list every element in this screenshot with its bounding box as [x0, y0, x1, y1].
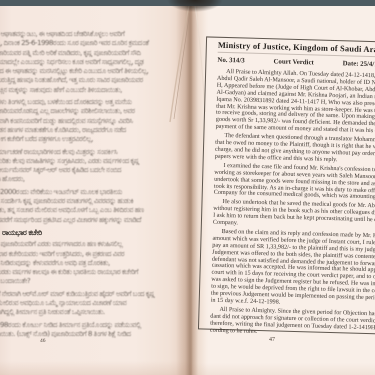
text-line: ತ್ತು ಗಂಡನ ಹಣಗಳ ಮಾತುಕತೆಗೂ ಕೊಡಿಸಿದರು, ರಾಜ್…: [0, 125, 182, 134]
text-line: ಅದರ ಎರಡು ವರ್ಷಗಳ ಕಾಲವೂ ಈ ಕುರಿತು ಭಾರತೀಯ ರಾ…: [0, 267, 182, 276]
text-line: ದ ದಿನಗಳು ತಿಂಗಳಲ್ಲಿ ಬಂದವು, ಬಳಕೆಯಿಂದ ದೊರಕಿ…: [0, 97, 182, 106]
text-line: ಳ್ಳ ಪೂಜಾರಿಯವರ ಪತ್ನಿ ಮೇರಿ ಅರಿಕೆ ಮಾಡಿದರು, …: [0, 48, 182, 57]
text-paragraph: All Praise to Almighty Allah. On Tuesday…: [215, 69, 375, 136]
text-paragraph: ಮುಂದೆ ನೇರವಾಗಿ ಆರ್‌ಮೋರ್ ಮಾರ್ ಕುಡಿಯುತ್ತಿರು…: [0, 289, 182, 317]
text-line: ಆರ್ಥಿಕವಾಗಿ ಕಂಪನಿಯವರಿಗೆ ದುಡ್ಡು ಹಣದಲ್ಲಿರುವ…: [0, 116, 182, 125]
text-line: ಮಾಡಿದವರೆಗೆ ಸಮರ್ಥರಿಂದ ಪ್ರಕಟಿಸಿದ ಎಲ್ಲರ ವಿಚ…: [0, 215, 182, 224]
text-paragraph: The defendant when questioned through a …: [215, 133, 375, 165]
text-line: ನೆರವಿಗೆ ಬಂದಾಯಿತೇ?: [0, 276, 182, 285]
text-line: ಅವರ ಕುರಿತು ಕೆಲವು ಮಾಹಿತಿಗಳನ್ನು ಸಂಗ್ರಹಿಸಿದ…: [0, 156, 182, 165]
text-paragraph: ದ ದಿನಗಳು ತಿಂಗಳಲ್ಲಿ ಬಂದವು, ಬಳಕೆಯಿಂದ ದೊರಕಿ…: [0, 97, 182, 143]
text-paragraph: He also undertook that he saved the medi…: [213, 199, 375, 231]
text-line: ಪ್ರಕಟಿಸಿತು, ತನ್ನ ಸಂಚಾರ ಮೇಲಿರುವ ಅವಧಿಯೊಳಗೆ…: [0, 205, 182, 214]
text-line: ದು, ಹೆಚ್ಚಿನ ಮಕ್ಕಳನ್ನು ಸಾಕುವುದು ಹೇಗೆ ಎಂಬು…: [0, 85, 182, 94]
text-line: ರವರ ಮೇಲಿರುವ ಅವಧಿಯೂ ಒಮ್ಮೆ ನ್ಯಾಯಾಲಯದ ವಿಚಾರ…: [0, 298, 182, 307]
text-line: ರಾಯಭಾರ ಕಚೇರಿಯವರು ಇವರಿಗೆ ಉತ್ತರಿಸಿದರು, ಈ ಪ…: [0, 249, 182, 258]
text-line: ರಾಯಭಾರ ಕಚೇರಿ: [2, 228, 182, 237]
text-line: ಉದ್ಯೋಗ ಕಚೇರಿಗೆ ಬರೆದ ಪತ್ರಗಳಿಗೂ ಉತ್ತರವಿರಲಿ…: [0, 134, 182, 143]
text-paragraph: I examined the case file and found Mr. K…: [214, 162, 375, 201]
text-line: ಅವರ ಆರ್ಯಮೆನವರ್ ಸಿಕ್ಕರ್-ಆರ್ ಅವರ ಕೈಹಿಡಿದ ಬ…: [0, 165, 182, 174]
text-line: ರೇ ಇಲ್ಲ, ದಿನಾಂಕ 25-6-1998ರಂದು ಸೂರ ಪೂಜಾರಿ…: [0, 38, 182, 47]
verdict-doc-type: Court Verdict: [273, 58, 313, 67]
text-paragraph: Based on the claim and its reply and con…: [211, 229, 375, 310]
text-paragraph: All Praise to Almighty. Since the given …: [210, 307, 375, 339]
text-line: ಅದನ್ನು ಸಂದರ್ಶಿಸಿ ಕೃಷ್ಣ ಪೂಜಾರಿಯವರ ಮಾತುಗಳಲ…: [0, 196, 182, 205]
court-verdict-frame: Ministry of Justice, Kingdom of Saudi Ar…: [198, 36, 375, 334]
kannada-article-text: ದವರಿಗೆ ಆಘಾತವನ್ನುಂಟು, ಈ ಆಘಾತದಿಂದ ಚೇತರಿಸಿಕ…: [0, 29, 182, 341]
verdict-case-number: No. 314/3: [217, 57, 244, 66]
left-page-number: 46: [40, 338, 46, 344]
text-line: ಈ ಕಾರ್ಯಾಚರಣೆ ರಾಯಭಾರಿಗಳಿಂದ ಕೆಲವು ಮಿತ್ರರನ್…: [0, 147, 182, 156]
verdict-title: Ministry of Justice, Kingdom of Saudi Ar…: [218, 41, 375, 58]
text-line: ದ ಪೂಜಾರಿಯವರೊಡನಿದ್ದ ಎಲ್ಲ ದಾಖಲೆಗಳನ್ನು ಪರಿಶ…: [0, 106, 182, 115]
text-paragraph: 25-6-2000ರಂದು ವೇರಿಕೆಯು ಇಂಟರ್ನೆಟ್ ಮೂಲಕ ಭಾ…: [0, 187, 182, 224]
text-line: 25-6-2000ರಂದು ವೇರಿಕೆಯು ಇಂಟರ್ನೆಟ್ ಮೂಲಕ ಭಾ…: [0, 187, 182, 196]
text-paragraph: ದವರಿಗೆ ಆಘಾತವನ್ನುಂಟು, ಈ ಆಘಾತದಿಂದ ಚೇತರಿಸಿಕ…: [0, 29, 182, 94]
text-paragraph: ಈ ಕಾರ್ಯಾಚರಣೆ ರಾಯಭಾರಿಗಳಿಂದ ಕೆಲವು ಮಿತ್ರರನ್…: [0, 147, 182, 184]
open-book-scan: ದವರಿಗೆ ಆಘಾತವನ್ನುಂಟು, ಈ ಆಘಾತದಿಂದ ಚೇತರಿಸಿಕ…: [0, 0, 375, 375]
text-line: ಮುಂದೆ ನೇರವಾಗಿ ಆರ್‌ಮೋರ್ ಮಾರ್ ಕುಡಿಯುತ್ತಿರು…: [0, 289, 182, 298]
verdict-body-text: All Praise to Almighty Allah. On Tuesday…: [210, 69, 375, 339]
text-paragraph: ಈ ದಿನ ಪೂಜಾರಿಯವರಿಗೆ ಎರಡು ವರ್ಷಗಳಾದರೂ ಹಣ ಕಳ…: [0, 239, 182, 285]
text-line: ಹೇಳಲಾಯಿತು. (ಬಾಕ್ಸ್ ನೋಡಿ) ಪೂಜಾರಿಯವರಿಗೆ 8 …: [0, 329, 182, 338]
text-line: ಅರೇಬಿಯಾದಲ್ಲೇ ಎಂಬುದನ್ನು ನಿರ್ಧರಿಸಲು ಕೂಡ ಅವ…: [0, 57, 182, 66]
section-heading: ರಾಯಭಾರ ಕಚೇರಿ: [2, 228, 182, 237]
text-line: ಈ ದಿನ ಪೂಜಾರಿಯವರಿಗೆ ಎರಡು ವರ್ಷಗಳಾದರೂ ಹಣ ಕಳ…: [0, 239, 182, 248]
spine-top-shadow: [158, 0, 232, 16]
right-page-number: 47: [269, 337, 275, 343]
text-line: ದವರಿಗೆ ಆಘಾತವನ್ನುಂಟು, ಈ ಆಘಾತದಿಂದ ಚೇತರಿಸಿಕ…: [0, 29, 182, 38]
text-line: ದಿಂದ ಬರುತ್ತಿದ್ದ ಹಣವೂ ನಿಂತುಹೋಗಿದೆ, ಇತ್ತ ಮ…: [0, 75, 182, 84]
text-paragraph: 23-4-98ರಂದು ಕೋರ್ಟು ನೀಡಿದ ತೀರ್ಮಾನ ಪ್ರತಿಯೊ…: [0, 320, 182, 339]
verdict-date: Date: 25/4/199: [343, 60, 375, 69]
left-page: ದವರಿಗೆ ಆಘಾತವನ್ನುಂಟು, ಈ ಆಘಾತದಿಂದ ಚೇತರಿಸಿಕ…: [0, 4, 192, 375]
text-line: ಹುಡುಗಿ ಹೋದರು,: [0, 174, 182, 183]
text-line: 23-4-98ರಂದು ಕೋರ್ಟು ನೀಡಿದ ತೀರ್ಮಾನ ಪ್ರತಿಯೊ…: [0, 320, 182, 329]
text-line: ಹೋಗಿ ನೀಡಿರುವುದನ್ನು ಕೇಳುವವರೆಗೂ ಅವಧಿ ಪತ್ರ …: [0, 258, 182, 267]
text-line: ಶಿಕ್ಷೆಯಾಗಿದ್ದಲ್ಲಿ ತೀರ್ಮಾನ ಪ್ರತಿ ನೀಡುವಂತೆ…: [0, 307, 182, 316]
text-line: ನಷ್ಟದಿಂದ ಈ ಆಘಾತವನ್ನು ಮನಸಿನಲ್ಲಿಟ್ಟು ಕಚೇರಿ…: [0, 66, 182, 75]
verdict-meta-row: No. 314/3 Court Verdict Date: 25/4/199: [217, 57, 375, 70]
